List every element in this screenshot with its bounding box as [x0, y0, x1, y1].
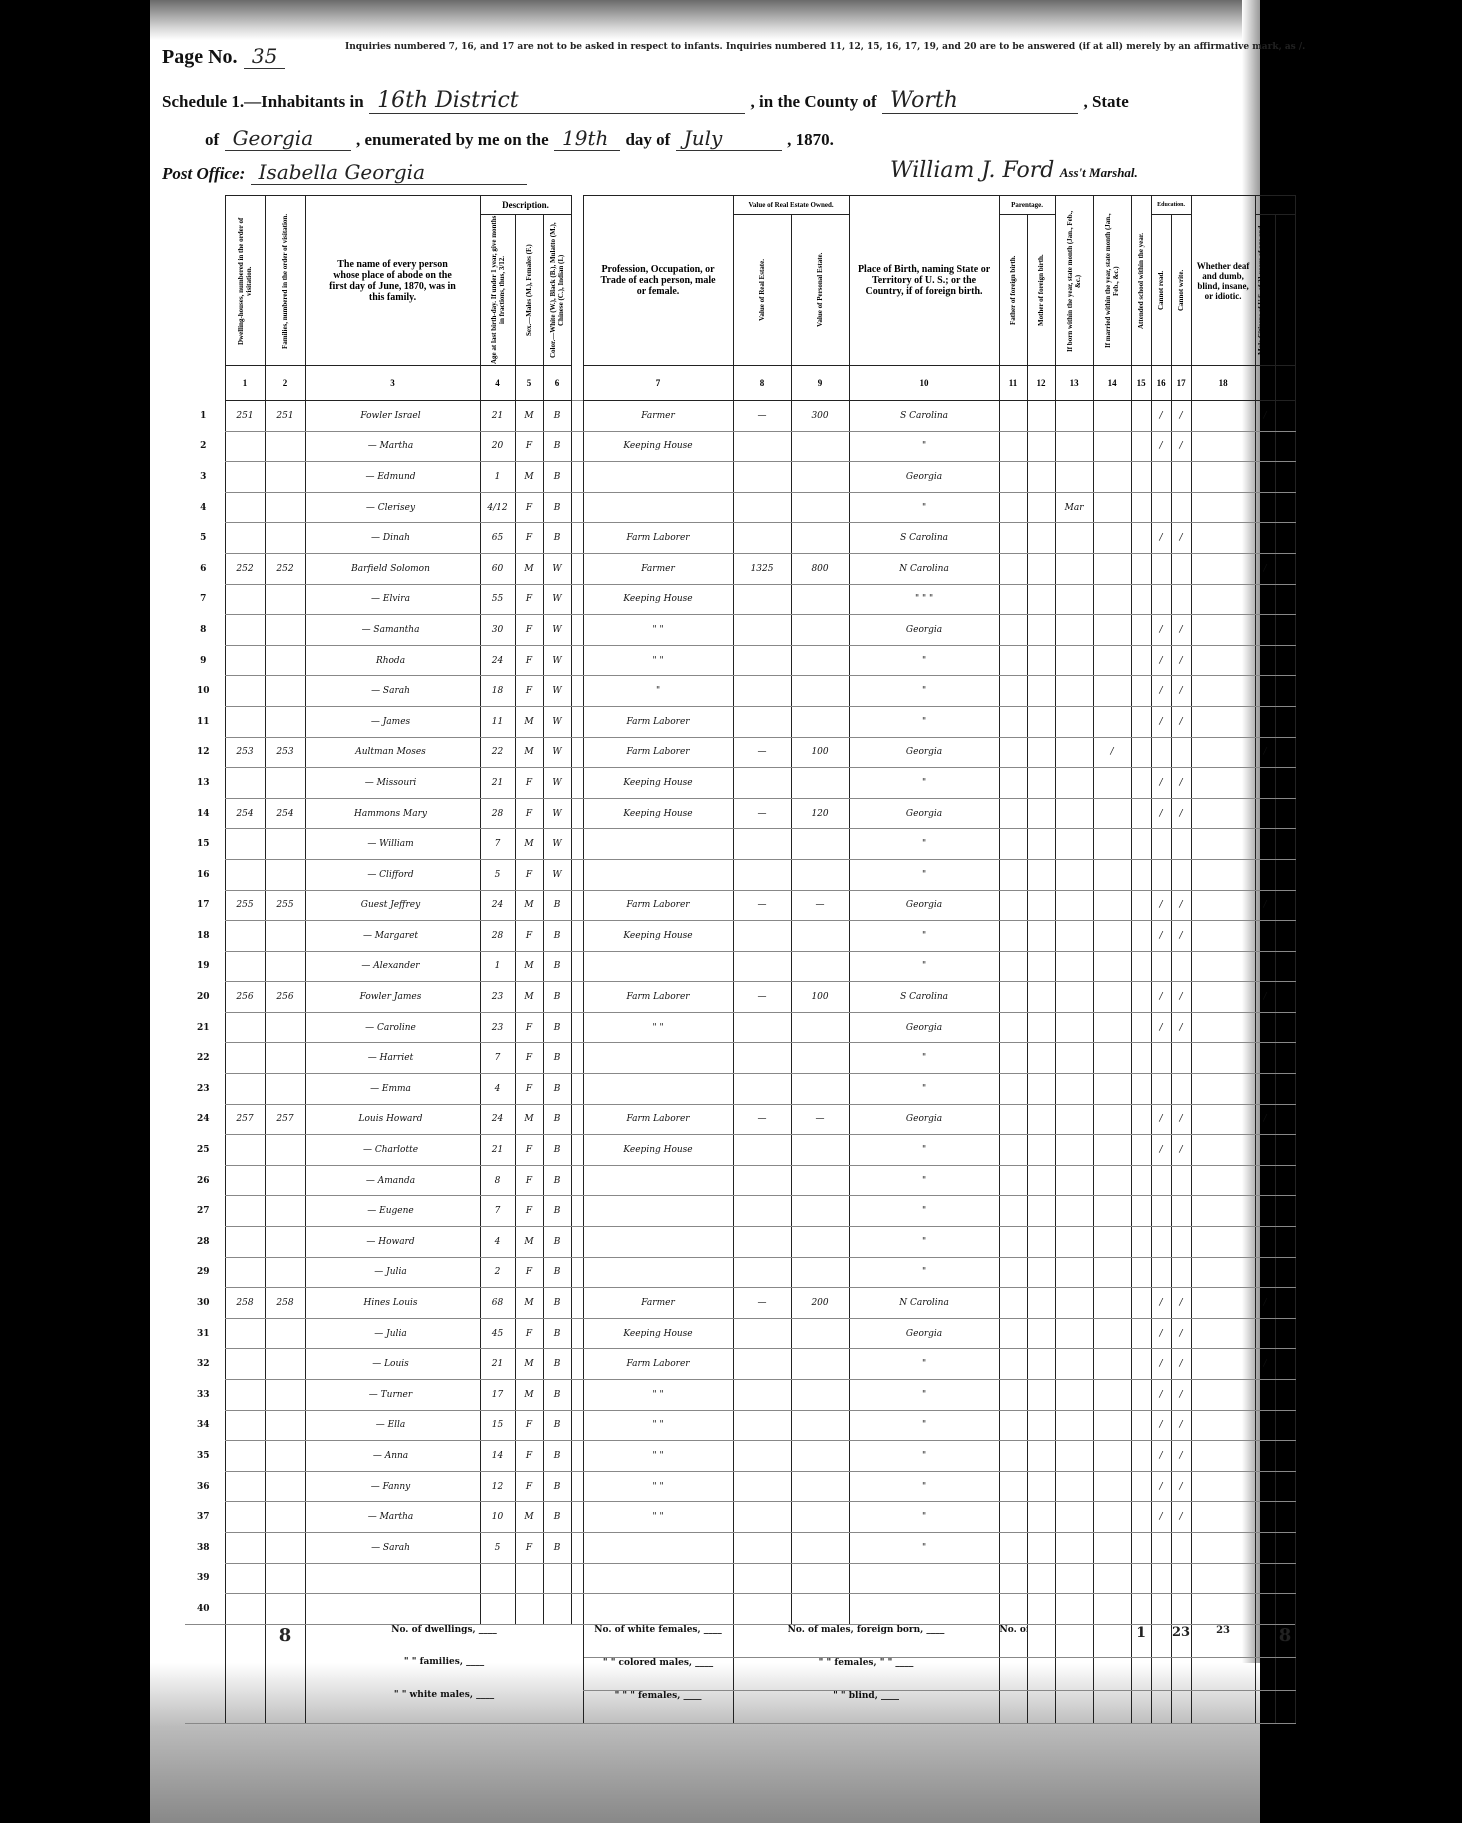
line-number: 35: [185, 1441, 225, 1472]
cell-c15: [1131, 431, 1151, 462]
cell-family: [265, 1502, 305, 1533]
cell-c19: [1255, 523, 1275, 554]
cell-real: [733, 1471, 791, 1502]
cell-c16: /: [1151, 706, 1171, 737]
cell-c11: [999, 1135, 1027, 1166]
cell-c13: [1055, 768, 1093, 799]
cell-sex: M: [515, 1502, 543, 1533]
cell-c18: [1191, 1165, 1255, 1196]
cell-occupation: " ": [583, 1471, 733, 1502]
cell-age: 30: [480, 615, 515, 646]
cell-c15: [1131, 1563, 1151, 1594]
cell-color: B: [543, 1441, 571, 1472]
cell-age: 10: [480, 1502, 515, 1533]
cell-c13: [1055, 706, 1093, 737]
year-value: , 1870.: [787, 130, 834, 149]
cell-c11: [999, 1165, 1027, 1196]
cell-c14: [1093, 584, 1131, 615]
cell-c13: [1055, 584, 1093, 615]
cell-c15: [1131, 1196, 1151, 1227]
cell-c14: [1093, 1104, 1131, 1135]
cell-c19: [1255, 1318, 1275, 1349]
cell-real: —: [733, 1104, 791, 1135]
day-of-label: day of: [625, 130, 670, 149]
cell-family: 255: [265, 890, 305, 921]
cell-c19: /: [1255, 553, 1275, 584]
enumerated-label: , enumerated by me on the: [356, 130, 549, 149]
cell-c12: [1027, 401, 1055, 432]
cell-birthplace: ": [849, 1532, 999, 1563]
instructions-note: Inquiries numbered 7, 16, and 17 are not…: [345, 42, 1305, 52]
line-number: 23: [185, 1074, 225, 1105]
cell-c11: [999, 523, 1027, 554]
line-number: 12: [185, 737, 225, 768]
summary-col-c: No. of males, foreign born, ____: [733, 1624, 999, 1657]
summary-col14-total: 1: [1131, 1624, 1151, 1657]
cell-age: 23: [480, 982, 515, 1013]
cell-family: [265, 431, 305, 462]
line-number: 40: [185, 1594, 225, 1625]
cell-c11: [999, 1349, 1027, 1380]
census-row: 17255255Guest Jeffrey24MBFarm Laborer——G…: [185, 890, 1295, 921]
cell-c12: [1027, 1594, 1055, 1625]
cell-occupation: Farm Laborer: [583, 982, 733, 1013]
cell-c19: /: [1255, 1288, 1275, 1319]
cell-c18: [1191, 1227, 1255, 1258]
post-office-line: Post Office: Isabella Georgia: [162, 160, 527, 185]
cell-color: W: [543, 615, 571, 646]
cell-c17: /: [1171, 1502, 1191, 1533]
cell-sex: M: [515, 401, 543, 432]
cell-c15: [1131, 768, 1151, 799]
cell-c20: [1275, 982, 1295, 1013]
cell-dwelling: [225, 1380, 265, 1411]
cell-c11: [999, 768, 1027, 799]
parentage-group-header: Parentage.: [999, 196, 1055, 215]
cell-c15: [1131, 921, 1151, 952]
cell-c14: [1093, 1074, 1131, 1105]
cell-c18: [1191, 1471, 1255, 1502]
cell-c17: /: [1171, 890, 1191, 921]
cell-name: — Sarah: [305, 676, 480, 707]
cell-c14: [1093, 1318, 1131, 1349]
cell-dwelling: 251: [225, 401, 265, 432]
cell-c15: [1131, 1471, 1151, 1502]
line-number: 11: [185, 706, 225, 737]
cell-family: [265, 1532, 305, 1563]
cell-occupation: Farmer: [583, 1288, 733, 1319]
cell-age: 22: [480, 737, 515, 768]
cell-real: [733, 706, 791, 737]
census-row: 15— William7MW": [185, 829, 1295, 860]
cell-c11: [999, 431, 1027, 462]
cell-name: — James: [305, 706, 480, 737]
census-row: 29— Julia2FB": [185, 1257, 1295, 1288]
cell-c19: [1255, 859, 1275, 890]
cell-personal: [791, 1380, 849, 1411]
cell-personal: [791, 676, 849, 707]
cell-c13: [1055, 1135, 1093, 1166]
line-number: 34: [185, 1410, 225, 1441]
cell-c11: [999, 676, 1027, 707]
cell-birthplace: Georgia: [849, 462, 999, 493]
cell-name: Rhoda: [305, 645, 480, 676]
cell-c16: [1151, 1074, 1171, 1105]
line-number: 28: [185, 1227, 225, 1258]
cell-color: B: [543, 1532, 571, 1563]
cell-name: Hammons Mary: [305, 798, 480, 829]
cell-c14: [1093, 1502, 1131, 1533]
cell-c18: [1191, 676, 1255, 707]
cell-c19: [1255, 1012, 1275, 1043]
cell-name: — Edmund: [305, 462, 480, 493]
cell-c14: [1093, 401, 1131, 432]
cell-dwelling: [225, 676, 265, 707]
cell-dwelling: 253: [225, 737, 265, 768]
cell-c11: [999, 401, 1027, 432]
cell-real: —: [733, 401, 791, 432]
cell-c13: [1055, 1502, 1093, 1533]
census-row: 3— Edmund1MBGeorgia: [185, 462, 1295, 493]
line-number: 27: [185, 1196, 225, 1227]
cell-c19: [1255, 1074, 1275, 1105]
cell-age: 24: [480, 1104, 515, 1135]
cell-c18: [1191, 951, 1255, 982]
cell-occupation: Farm Laborer: [583, 890, 733, 921]
cell-birthplace: ": [849, 1257, 999, 1288]
cell-color: B: [543, 1318, 571, 1349]
cell-personal: [791, 1043, 849, 1074]
cell-color: W: [543, 737, 571, 768]
cell-birthplace: Georgia: [849, 1012, 999, 1043]
cell-occupation: Keeping House: [583, 798, 733, 829]
cell-color: B: [543, 462, 571, 493]
cell-c17: [1171, 737, 1191, 768]
cell-c19: /: [1255, 1349, 1275, 1380]
cell-c20: [1275, 921, 1295, 952]
cell-family: 258: [265, 1288, 305, 1319]
cell-real: [733, 1227, 791, 1258]
cell-c16: /: [1151, 1410, 1171, 1441]
line-number: 25: [185, 1135, 225, 1166]
cell-real: [733, 492, 791, 523]
cell-c13: [1055, 1104, 1093, 1135]
cell-c19: [1255, 921, 1275, 952]
col-18-header: Whether deaf and dumb, blind, insane, or…: [1191, 196, 1255, 366]
cell-sex: [515, 1563, 543, 1594]
cell-c16: /: [1151, 401, 1171, 432]
cell-c12: [1027, 492, 1055, 523]
cell-c20: [1275, 676, 1295, 707]
cell-real: [733, 1441, 791, 1472]
cell-sex: F: [515, 921, 543, 952]
cell-c12: [1027, 1441, 1055, 1472]
page-number-line: Page No. 35: [162, 44, 285, 69]
cell-birthplace: Georgia: [849, 737, 999, 768]
cell-c11: [999, 1380, 1027, 1411]
cell-c17: [1171, 1165, 1191, 1196]
cell-dwelling: [225, 768, 265, 799]
cell-age: 1: [480, 462, 515, 493]
cell-age: 24: [480, 645, 515, 676]
cell-c20: [1275, 1135, 1295, 1166]
line-number: 14: [185, 798, 225, 829]
cell-c16: [1151, 1563, 1171, 1594]
cell-c11: [999, 553, 1027, 584]
cell-personal: [791, 1135, 849, 1166]
cell-c16: [1151, 1227, 1171, 1258]
cell-age: [480, 1563, 515, 1594]
cell-c17: [1171, 951, 1191, 982]
cell-sex: [515, 1594, 543, 1625]
cell-c13: [1055, 1318, 1093, 1349]
census-page: Page No. 35 Inquiries numbered 7, 16, an…: [150, 0, 1260, 1823]
cell-c14: [1093, 829, 1131, 860]
cell-c13: [1055, 859, 1093, 890]
cell-age: 60: [480, 553, 515, 584]
cell-c20: [1275, 1288, 1295, 1319]
cell-c14: [1093, 951, 1131, 982]
cell-c12: [1027, 1288, 1055, 1319]
cell-c12: [1027, 1074, 1055, 1105]
cell-family: 252: [265, 553, 305, 584]
cell-color: B: [543, 1196, 571, 1227]
cell-c11: [999, 1471, 1027, 1502]
cell-color: [543, 1563, 571, 1594]
cell-c18: [1191, 706, 1255, 737]
cell-c11: [999, 1288, 1027, 1319]
cell-personal: [791, 706, 849, 737]
cell-birthplace: ": [849, 706, 999, 737]
cell-sex: M: [515, 1349, 543, 1380]
cell-c18: [1191, 1043, 1255, 1074]
day-value: 19th: [554, 126, 620, 151]
cell-real: [733, 768, 791, 799]
cell-family: [265, 859, 305, 890]
summary-col16-total: 23: [1171, 1624, 1191, 1657]
cell-c20: [1275, 737, 1295, 768]
cell-c17: /: [1171, 1318, 1191, 1349]
line-number: 39: [185, 1563, 225, 1594]
cell-c18: [1191, 645, 1255, 676]
cell-family: [265, 1380, 305, 1411]
marshal-title: Ass't Marshal.: [1060, 165, 1138, 180]
schedule-label: Schedule 1.—Inhabitants in: [162, 92, 364, 111]
summary-families: 8: [265, 1624, 305, 1723]
cell-c13: [1055, 1563, 1093, 1594]
cell-color: W: [543, 798, 571, 829]
cell-sex: F: [515, 1410, 543, 1441]
cell-age: 2: [480, 1257, 515, 1288]
cell-c12: [1027, 1135, 1055, 1166]
col-20-header: Male Citizens of U.S. of 21 years of age…: [1275, 215, 1295, 366]
col-9-header: Value of Personal Estate.: [791, 215, 849, 366]
cell-color: B: [543, 401, 571, 432]
cell-birthplace: ": [849, 1441, 999, 1472]
cell-age: 21: [480, 401, 515, 432]
cell-color: W: [543, 676, 571, 707]
cell-family: [265, 1257, 305, 1288]
cell-color: B: [543, 1471, 571, 1502]
cell-c19: [1255, 1563, 1275, 1594]
line-number: 10: [185, 676, 225, 707]
cell-c16: /: [1151, 1471, 1171, 1502]
cell-personal: [791, 1227, 849, 1258]
cell-real: [733, 462, 791, 493]
census-row: 5— Dinah65FBFarm LaborerS Carolina//: [185, 523, 1295, 554]
cell-occupation: [583, 1563, 733, 1594]
cell-c16: [1151, 553, 1171, 584]
cell-c20: [1275, 859, 1295, 890]
cell-family: 251: [265, 401, 305, 432]
cell-dwelling: [225, 462, 265, 493]
cell-sex: F: [515, 798, 543, 829]
summary-col17-total: 23: [1191, 1624, 1255, 1657]
cell-c19: [1255, 1532, 1275, 1563]
cell-c17: /: [1171, 982, 1191, 1013]
cell-c19: /: [1255, 1104, 1275, 1135]
cell-c20: [1275, 768, 1295, 799]
cell-age: 20: [480, 431, 515, 462]
cell-c13: [1055, 1594, 1093, 1625]
page-number: 35: [244, 44, 285, 69]
cell-occupation: Keeping House: [583, 1318, 733, 1349]
cell-sex: F: [515, 1257, 543, 1288]
cell-c14: [1093, 798, 1131, 829]
cell-birthplace: ": [849, 1135, 999, 1166]
cell-dwelling: 252: [225, 553, 265, 584]
cell-personal: [791, 859, 849, 890]
cell-c16: /: [1151, 890, 1171, 921]
cell-c13: [1055, 1257, 1093, 1288]
cell-dwelling: [225, 1532, 265, 1563]
cell-c13: [1055, 553, 1093, 584]
cell-c19: [1255, 462, 1275, 493]
cell-name: [305, 1594, 480, 1625]
cell-c17: /: [1171, 706, 1191, 737]
cell-c17: [1171, 829, 1191, 860]
cell-c19: [1255, 1227, 1275, 1258]
cell-c14: [1093, 553, 1131, 584]
cell-c15: [1131, 1227, 1151, 1258]
line-number: 9: [185, 645, 225, 676]
cell-c17: /: [1171, 768, 1191, 799]
cell-personal: [791, 462, 849, 493]
post-office-label: Post Office:: [162, 164, 245, 183]
cell-birthplace: " " ": [849, 584, 999, 615]
cell-c13: [1055, 401, 1093, 432]
summary-dwellings: [225, 1624, 265, 1723]
line-number: 26: [185, 1165, 225, 1196]
cell-name: — Julia: [305, 1318, 480, 1349]
cell-c16: /: [1151, 1104, 1171, 1135]
cell-color: B: [543, 1349, 571, 1380]
cell-c14: [1093, 1012, 1131, 1043]
cell-c12: [1027, 1471, 1055, 1502]
line-number: 36: [185, 1471, 225, 1502]
cell-c14: [1093, 615, 1131, 646]
census-row: 26— Amanda8FB": [185, 1165, 1295, 1196]
census-row: 30258258Hines Louis68MBFarmer—200N Carol…: [185, 1288, 1295, 1319]
cell-personal: [791, 1196, 849, 1227]
cell-birthplace: ": [849, 859, 999, 890]
cell-name: — Margaret: [305, 921, 480, 952]
cell-c13: [1055, 890, 1093, 921]
cell-c18: [1191, 890, 1255, 921]
cell-sex: F: [515, 523, 543, 554]
cell-c20: [1275, 890, 1295, 921]
line-number: 21: [185, 1012, 225, 1043]
cell-c17: [1171, 492, 1191, 523]
cell-c13: [1055, 615, 1093, 646]
cell-c18: [1191, 1012, 1255, 1043]
cell-birthplace: S Carolina: [849, 401, 999, 432]
cell-dwelling: [225, 829, 265, 860]
cell-c11: [999, 615, 1027, 646]
cell-occupation: Farm Laborer: [583, 706, 733, 737]
col-16-header: Cannot read.: [1151, 215, 1171, 366]
cell-c19: [1255, 1471, 1275, 1502]
cell-dwelling: [225, 1012, 265, 1043]
col-3-header: The name of every person whose place of …: [305, 196, 480, 366]
cell-name: — Missouri: [305, 768, 480, 799]
cell-c14: [1093, 982, 1131, 1013]
cell-family: [265, 1410, 305, 1441]
cell-c13: [1055, 462, 1093, 493]
cell-real: [733, 1349, 791, 1380]
census-row: 33— Turner17MB" ""//: [185, 1380, 1295, 1411]
cell-c14: [1093, 431, 1131, 462]
cell-family: [265, 951, 305, 982]
schedule-line: Schedule 1.—Inhabitants in 16th District…: [162, 88, 1129, 114]
cell-c17: [1171, 1257, 1191, 1288]
cell-c16: [1151, 829, 1171, 860]
cell-age: 68: [480, 1288, 515, 1319]
cell-c11: [999, 1441, 1027, 1472]
cell-c16: /: [1151, 1318, 1171, 1349]
cell-family: [265, 1471, 305, 1502]
cell-sex: M: [515, 1104, 543, 1135]
line-number: 6: [185, 553, 225, 584]
cell-name: — Martha: [305, 431, 480, 462]
cell-c15: [1131, 553, 1151, 584]
cell-c17: /: [1171, 401, 1191, 432]
cell-color: B: [543, 951, 571, 982]
cell-dwelling: [225, 1318, 265, 1349]
cell-c19: [1255, 1196, 1275, 1227]
cell-birthplace: Georgia: [849, 1104, 999, 1135]
cell-c18: [1191, 1349, 1255, 1380]
cell-c15: [1131, 737, 1151, 768]
cell-sex: F: [515, 1532, 543, 1563]
column-number-row: 1 2 3 4 5 6 7 8 9 10 11 12 13 14 15 16 1…: [185, 366, 1295, 401]
cell-dwelling: [225, 1349, 265, 1380]
cell-c17: /: [1171, 1012, 1191, 1043]
cell-family: [265, 706, 305, 737]
cell-family: [265, 1318, 305, 1349]
line-number: 17: [185, 890, 225, 921]
cell-c15: [1131, 1012, 1151, 1043]
cell-c16: [1151, 462, 1171, 493]
cell-c18: [1191, 798, 1255, 829]
cell-personal: [791, 829, 849, 860]
cell-c11: [999, 859, 1027, 890]
cell-c15: [1131, 645, 1151, 676]
cell-c19: [1255, 431, 1275, 462]
cell-c18: [1191, 1104, 1255, 1135]
cell-c17: [1171, 1074, 1191, 1105]
cell-c12: [1027, 859, 1055, 890]
